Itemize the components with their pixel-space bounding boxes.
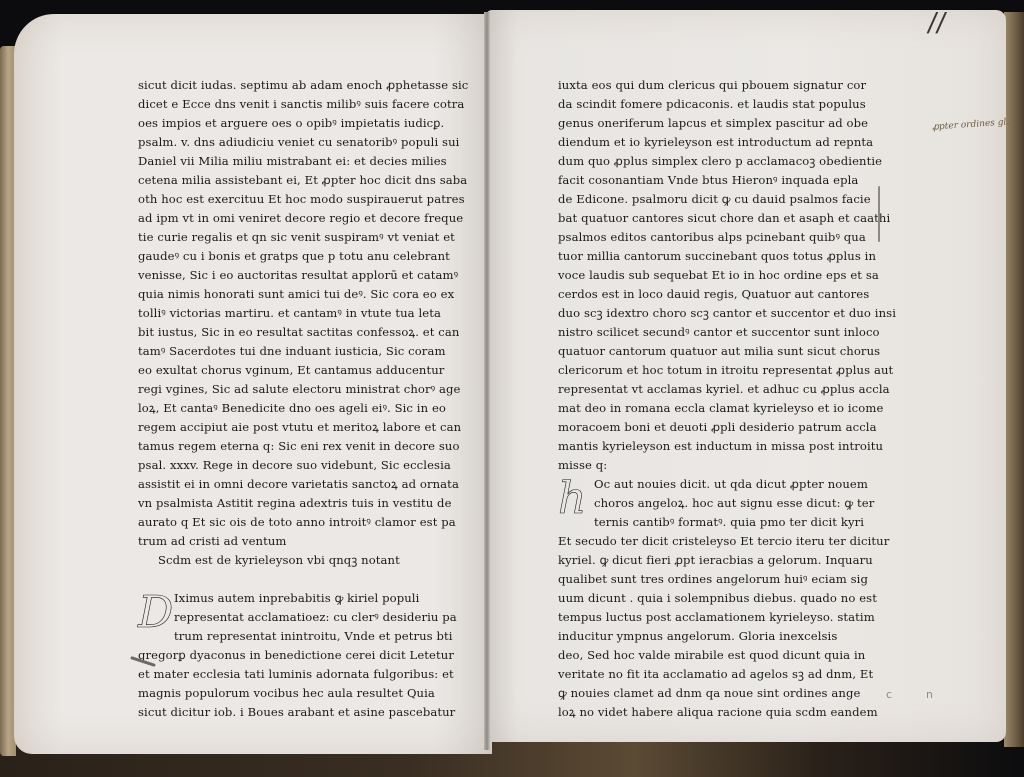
text-line: eo exultat chorus vginum, Et cantamus ad… — [138, 361, 458, 380]
text-line: choros angeloꝝ. hoc aut signu esse dicut… — [558, 494, 888, 513]
margin-bracket-mark — [878, 186, 880, 242]
text-line: ꝙ nouies clamet ad dnm qa noue sint ordi… — [558, 684, 888, 703]
text-line: veritate no fit ita acclamatio ad agelos… — [558, 665, 888, 684]
pencil-mark: c — [886, 688, 892, 701]
drop-cap-h: h — [558, 477, 586, 521]
text-line: assistit ei in omni decore varietatis sa… — [138, 475, 458, 494]
text-line: tuor millia cantorum succinebant quos to… — [558, 247, 888, 266]
text-line: tamus regem eterna q: Sic eni rex venit … — [138, 437, 458, 456]
text-line: gregorꝑ dyaconus in benedictione cerei d… — [138, 646, 458, 665]
text-line: moracoem boni et deuoti ꝓpli desiderio p… — [558, 418, 888, 437]
pencil-mark: n — [926, 688, 933, 701]
book-gutter — [484, 12, 490, 750]
text-line: psal. xxxv. Rege in decore suo videbunt,… — [138, 456, 458, 475]
right-text-column: iuxta eos qui dum clericus qui pbouem si… — [558, 76, 888, 722]
text-line: psalmos editos cantoribus alps pcinebant… — [558, 228, 888, 247]
book-photo: sicut dicit iudas. septimu ab adam enoch… — [0, 0, 1024, 777]
text-line: genus oneriferum lapcus et simplex pasci… — [558, 114, 888, 133]
text-line: iuxta eos qui dum clericus qui pbouem si… — [558, 76, 888, 95]
text-line: tie curie regalis et qn sic venit suspir… — [138, 228, 458, 247]
text-line: dum quo ꝓplus simplex clero p acclamacoꝫ… — [558, 152, 888, 171]
paragraph-with-drop-cap: h Oc aut nouies dicit. ut qda dicut ꝓpte… — [558, 475, 888, 722]
text-line: magnis populorum vocibus hec aula result… — [138, 684, 458, 703]
text-line: oth hoc est exercituu Et hoc modo suspir… — [138, 190, 458, 209]
text-line: voce laudis sub sequebat Et io in hoc or… — [558, 266, 888, 285]
left-text-column: sicut dicit iudas. septimu ab adam enoch… — [138, 76, 458, 722]
text-line: regi vgines, Sic ad salute electoru mini… — [138, 380, 458, 399]
text-line: representat vt acclamas kyriel. et adhuc… — [558, 380, 888, 399]
text-line: gaudeꝰ cu i bonis et gratps que p totu a… — [138, 247, 458, 266]
text-line: nistro scilicet secundꝰ cantor et succen… — [558, 323, 888, 342]
text-line: bat quatuor cantores sicut chore dan et … — [558, 209, 888, 228]
text-line: quatuor cantorum quatuor aut milia sunt … — [558, 342, 888, 361]
text-line: clericorum et hoc totum in itroitu repre… — [558, 361, 888, 380]
text-line: de Edicone. psalmoru dicit ꝙ cu dauid ps… — [558, 190, 888, 209]
text-line: diendum et io kyrieleyson est introductu… — [558, 133, 888, 152]
text-line: trum representat inintroitu, Vnde et pet… — [138, 627, 458, 646]
text-line: inducitur ympnus angelorum. Gloria inexc… — [558, 627, 888, 646]
text-line: Et secudo ter dicit cristeleyso Et terci… — [558, 532, 888, 551]
text-line: loꝝ, Et cantaꝰ Benedicite dno oes ageli … — [138, 399, 458, 418]
text-line: sicut dicitur iob. i Boues arabant et as… — [138, 703, 458, 722]
text-line: vn psalmista Astitit regina adextris tui… — [138, 494, 458, 513]
text-line: loꝝ no videt habere aliqua racione quia … — [558, 703, 888, 722]
text-line: dicet e Ecce dns venit i sanctis milibꝰ … — [138, 95, 458, 114]
text-line: misse q: — [558, 456, 888, 475]
text-line: kyriel. ꝙ dicut fieri ꝓpt ieracbias a ge… — [558, 551, 888, 570]
text-line: duo scꝫ idextro choro scꝫ cantor et succ… — [558, 304, 888, 323]
paragraph-with-drop-cap: D Iximus autem inprebabitis ꝙ kiriel pop… — [138, 589, 458, 722]
text-line: tempus luctus post acclamationem kyriele… — [558, 608, 888, 627]
drop-cap-d: D — [138, 591, 173, 635]
text-line: aurato q Et sic ois de toto anno introit… — [138, 513, 458, 532]
text-line: psalm. v. dns adiudiciu veniet cu senato… — [138, 133, 458, 152]
text-line: bit iustus, Sic in eo resultat sactitas … — [138, 323, 458, 342]
text-line: cerdos est in loco dauid regis, Quatuor … — [558, 285, 888, 304]
text-line: ad ipm vt in omi veniret decore regio et… — [138, 209, 458, 228]
text-line: mat deo in romana eccla clamat kyrieleys… — [558, 399, 888, 418]
text-line: Oc aut nouies dicit. ut qda dicut ꝓpter … — [558, 475, 888, 494]
text-line: ternis cantibꝰ formatꝰ. quia pmo ter dic… — [558, 513, 888, 532]
section-rubric: Scdm est de kyrieleyson vbi qnqꝫ notant — [138, 551, 458, 570]
text-line: et mater ecclesia tati luminis adornata … — [138, 665, 458, 684]
top-corner-mark: // — [926, 8, 948, 38]
text-line: representat acclamatioez: cu clerꝰ desid… — [138, 608, 458, 627]
text-line: sicut dicit iudas. septimu ab adam enoch… — [138, 76, 458, 95]
text-line: facit cosonantiam Vnde btus Hieronꝰ inqu… — [558, 171, 888, 190]
text-line: regem accipiut aie post vtutu et meritoꝝ… — [138, 418, 458, 437]
text-line: da scindit fomere pdicaconis. et laudis … — [558, 95, 888, 114]
text-line: qualibet sunt tres ordines angelorum hui… — [558, 570, 888, 589]
text-line: Daniel vii Milia miliu mistrabant ei: et… — [138, 152, 458, 171]
text-line: quia nimis honorati sunt amici tui deꝰ. … — [138, 285, 458, 304]
text-line: uum dicunt . quia i solempnibus diebus. … — [558, 589, 888, 608]
text-line: trum ad cristi ad ventum — [138, 532, 458, 551]
text-line: tamꝰ Sacerdotes tui dne induant iusticia… — [138, 342, 458, 361]
text-line: tolliꝰ victorias martiru. et cantamꝰ in … — [138, 304, 458, 323]
text-line: deo, Sed hoc valde mirabile est quod dic… — [558, 646, 888, 665]
text-line: mantis kyrieleyson est inductum in missa… — [558, 437, 888, 456]
blank-line — [138, 570, 458, 589]
text-line: venisse, Sic i eo auctoritas resultat ap… — [138, 266, 458, 285]
text-line: Iximus autem inprebabitis ꝙ kiriel popul… — [138, 589, 458, 608]
text-line: oes impios et arguere oes o opibꝰ impiet… — [138, 114, 458, 133]
text-line: cetena milia assistebant ei, Et ꝓpter ho… — [138, 171, 458, 190]
